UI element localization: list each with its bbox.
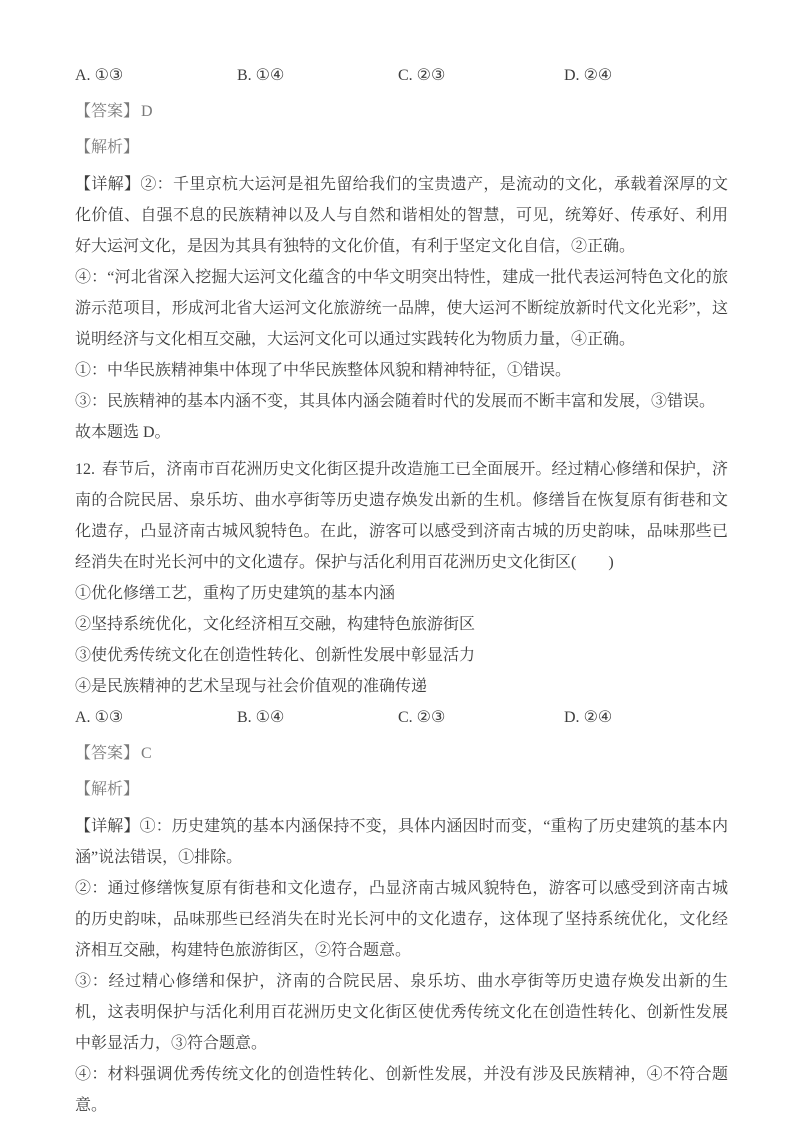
q11-explanation-3: ③：民族精神的基本内涵不变，其具体内涵会随着时代的发展而不断丰富和发展，③错误。	[75, 386, 728, 417]
q11-option-d-value: ②④	[584, 67, 613, 84]
q11-conclusion: 故本题选 D。	[75, 417, 728, 448]
q11-option-b-label: B.	[237, 67, 252, 84]
document-page: A.①③ B.①④ C.②③ D.②④ 【答案】D 【解析】 【详解】②：千里京…	[0, 0, 800, 1131]
q11-option-a-value: ①③	[95, 67, 124, 84]
q12-option-a-label: A.	[75, 709, 91, 726]
q11-option-d-label: D.	[564, 67, 580, 84]
q12-option-b: B.①④	[237, 702, 398, 733]
q12-explanation-4: ④：材料强调优秀传统文化的创造性转化、创新性发展，并没有涉及民族精神，④不符合题…	[75, 1059, 728, 1121]
q12-answer-value: C	[141, 745, 152, 762]
q11-option-c: C.②③	[398, 60, 564, 91]
q11-answer-label: 【答案】	[75, 103, 139, 120]
q11-analysis-label: 【解析】	[75, 132, 728, 163]
q11-explanation-4: ④：“河北省深入挖掘大运河文化蕴含的中华文明突出特性，建成一批代表运河特色文化的…	[75, 262, 728, 355]
q12-answer-label: 【答案】	[75, 745, 139, 762]
q12-statement-4: ④是民族精神的艺术呈现与社会价值观的准确传递	[75, 671, 728, 702]
q12-answer-line: 【答案】C	[75, 738, 728, 769]
q11-explanation-1: ①：中华民族精神集中体现了中华民族整体风貌和精神特征，①错误。	[75, 355, 728, 386]
q12-statement-3: ③使优秀传统文化在创造性转化、创新性发展中彰显活力	[75, 640, 728, 671]
q11-answer-value: D	[141, 103, 153, 120]
q11-explanation-2: 【详解】②：千里京杭大运河是祖先留给我们的宝贵遗产，是流动的文化，承载着深厚的文…	[75, 169, 728, 262]
q11-answer-line: 【答案】D	[75, 96, 728, 127]
q11-option-b: B.①④	[237, 60, 398, 91]
q12-explanation-3: ③：经过精心修缮和保护，济南的合院民居、泉乐坊、曲水亭街等历史遗存焕发出新的生机…	[75, 966, 728, 1059]
q11-option-a-label: A.	[75, 67, 91, 84]
q12-stem-text: 春节后，济南市百花洲历史文化街区提升改造施工已全面展开。经过精心修缮和保护，济南…	[75, 461, 728, 571]
q11-options-row: A.①③ B.①④ C.②③ D.②④	[75, 60, 728, 91]
q12-statement-1: ①优化修缮工艺，重构了历史建筑的基本内涵	[75, 578, 728, 609]
q12-number: 12.	[75, 461, 95, 478]
q12-option-d-value: ②④	[584, 709, 613, 726]
q11-option-c-value: ②③	[417, 67, 446, 84]
q12-option-a: A.①③	[75, 702, 237, 733]
q12-stem: 12.春节后，济南市百花洲历史文化街区提升改造施工已全面展开。经过精心修缮和保护…	[75, 454, 728, 578]
q11-option-c-label: C.	[398, 67, 413, 84]
q12-option-b-label: B.	[237, 709, 252, 726]
q12-option-c-label: C.	[398, 709, 413, 726]
q12-explanation-2: ②：通过修缮恢复原有街巷和文化遗存，凸显济南古城风貌特色，游客可以感受到济南古城…	[75, 873, 728, 966]
q12-option-d: D.②④	[564, 702, 728, 733]
q12-options-row: A.①③ B.①④ C.②③ D.②④	[75, 702, 728, 733]
q12-option-a-value: ①③	[95, 709, 124, 726]
q12-statement-2: ②坚持系统优化，文化经济相互交融，构建特色旅游街区	[75, 609, 728, 640]
q12-analysis-label: 【解析】	[75, 774, 728, 805]
q12-option-c-value: ②③	[417, 709, 446, 726]
q12-option-d-label: D.	[564, 709, 580, 726]
q11-option-d: D.②④	[564, 60, 728, 91]
q12-option-b-value: ①④	[256, 709, 285, 726]
q12-option-c: C.②③	[398, 702, 564, 733]
q12-explanation-1: 【详解】①：历史建筑的基本内涵保持不变，具体内涵因时而变，“重构了历史建筑的基本…	[75, 811, 728, 873]
q11-option-a: A.①③	[75, 60, 237, 91]
q11-option-b-value: ①④	[256, 67, 285, 84]
